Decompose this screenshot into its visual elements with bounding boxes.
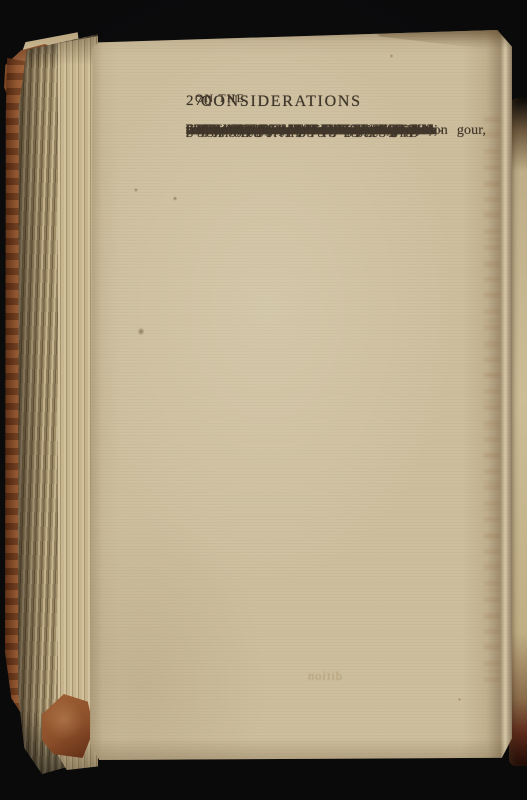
running-title-suffix: ON THE (195, 93, 245, 105)
paper-stain (390, 54, 393, 58)
page-text: under afflictions, reproaches, and manif… (186, 123, 486, 139)
paper-stain (138, 327, 144, 336)
ink-bleedthrough-text: dition (202, 669, 342, 684)
paper-stain (134, 188, 138, 192)
paper-stain (458, 698, 461, 701)
paper-stain (173, 196, 177, 201)
margin-bleedthrough-marks (484, 110, 500, 682)
book-photo-scene: 270 CONSIDERATIONS ON THE under afflicti… (0, 0, 527, 800)
book-page: 270 CONSIDERATIONS ON THE under afflicti… (90, 30, 512, 760)
page-top-edge-shade (372, 30, 512, 52)
text-line: ſuance thereof, treat our inferiors with… (186, 123, 423, 139)
